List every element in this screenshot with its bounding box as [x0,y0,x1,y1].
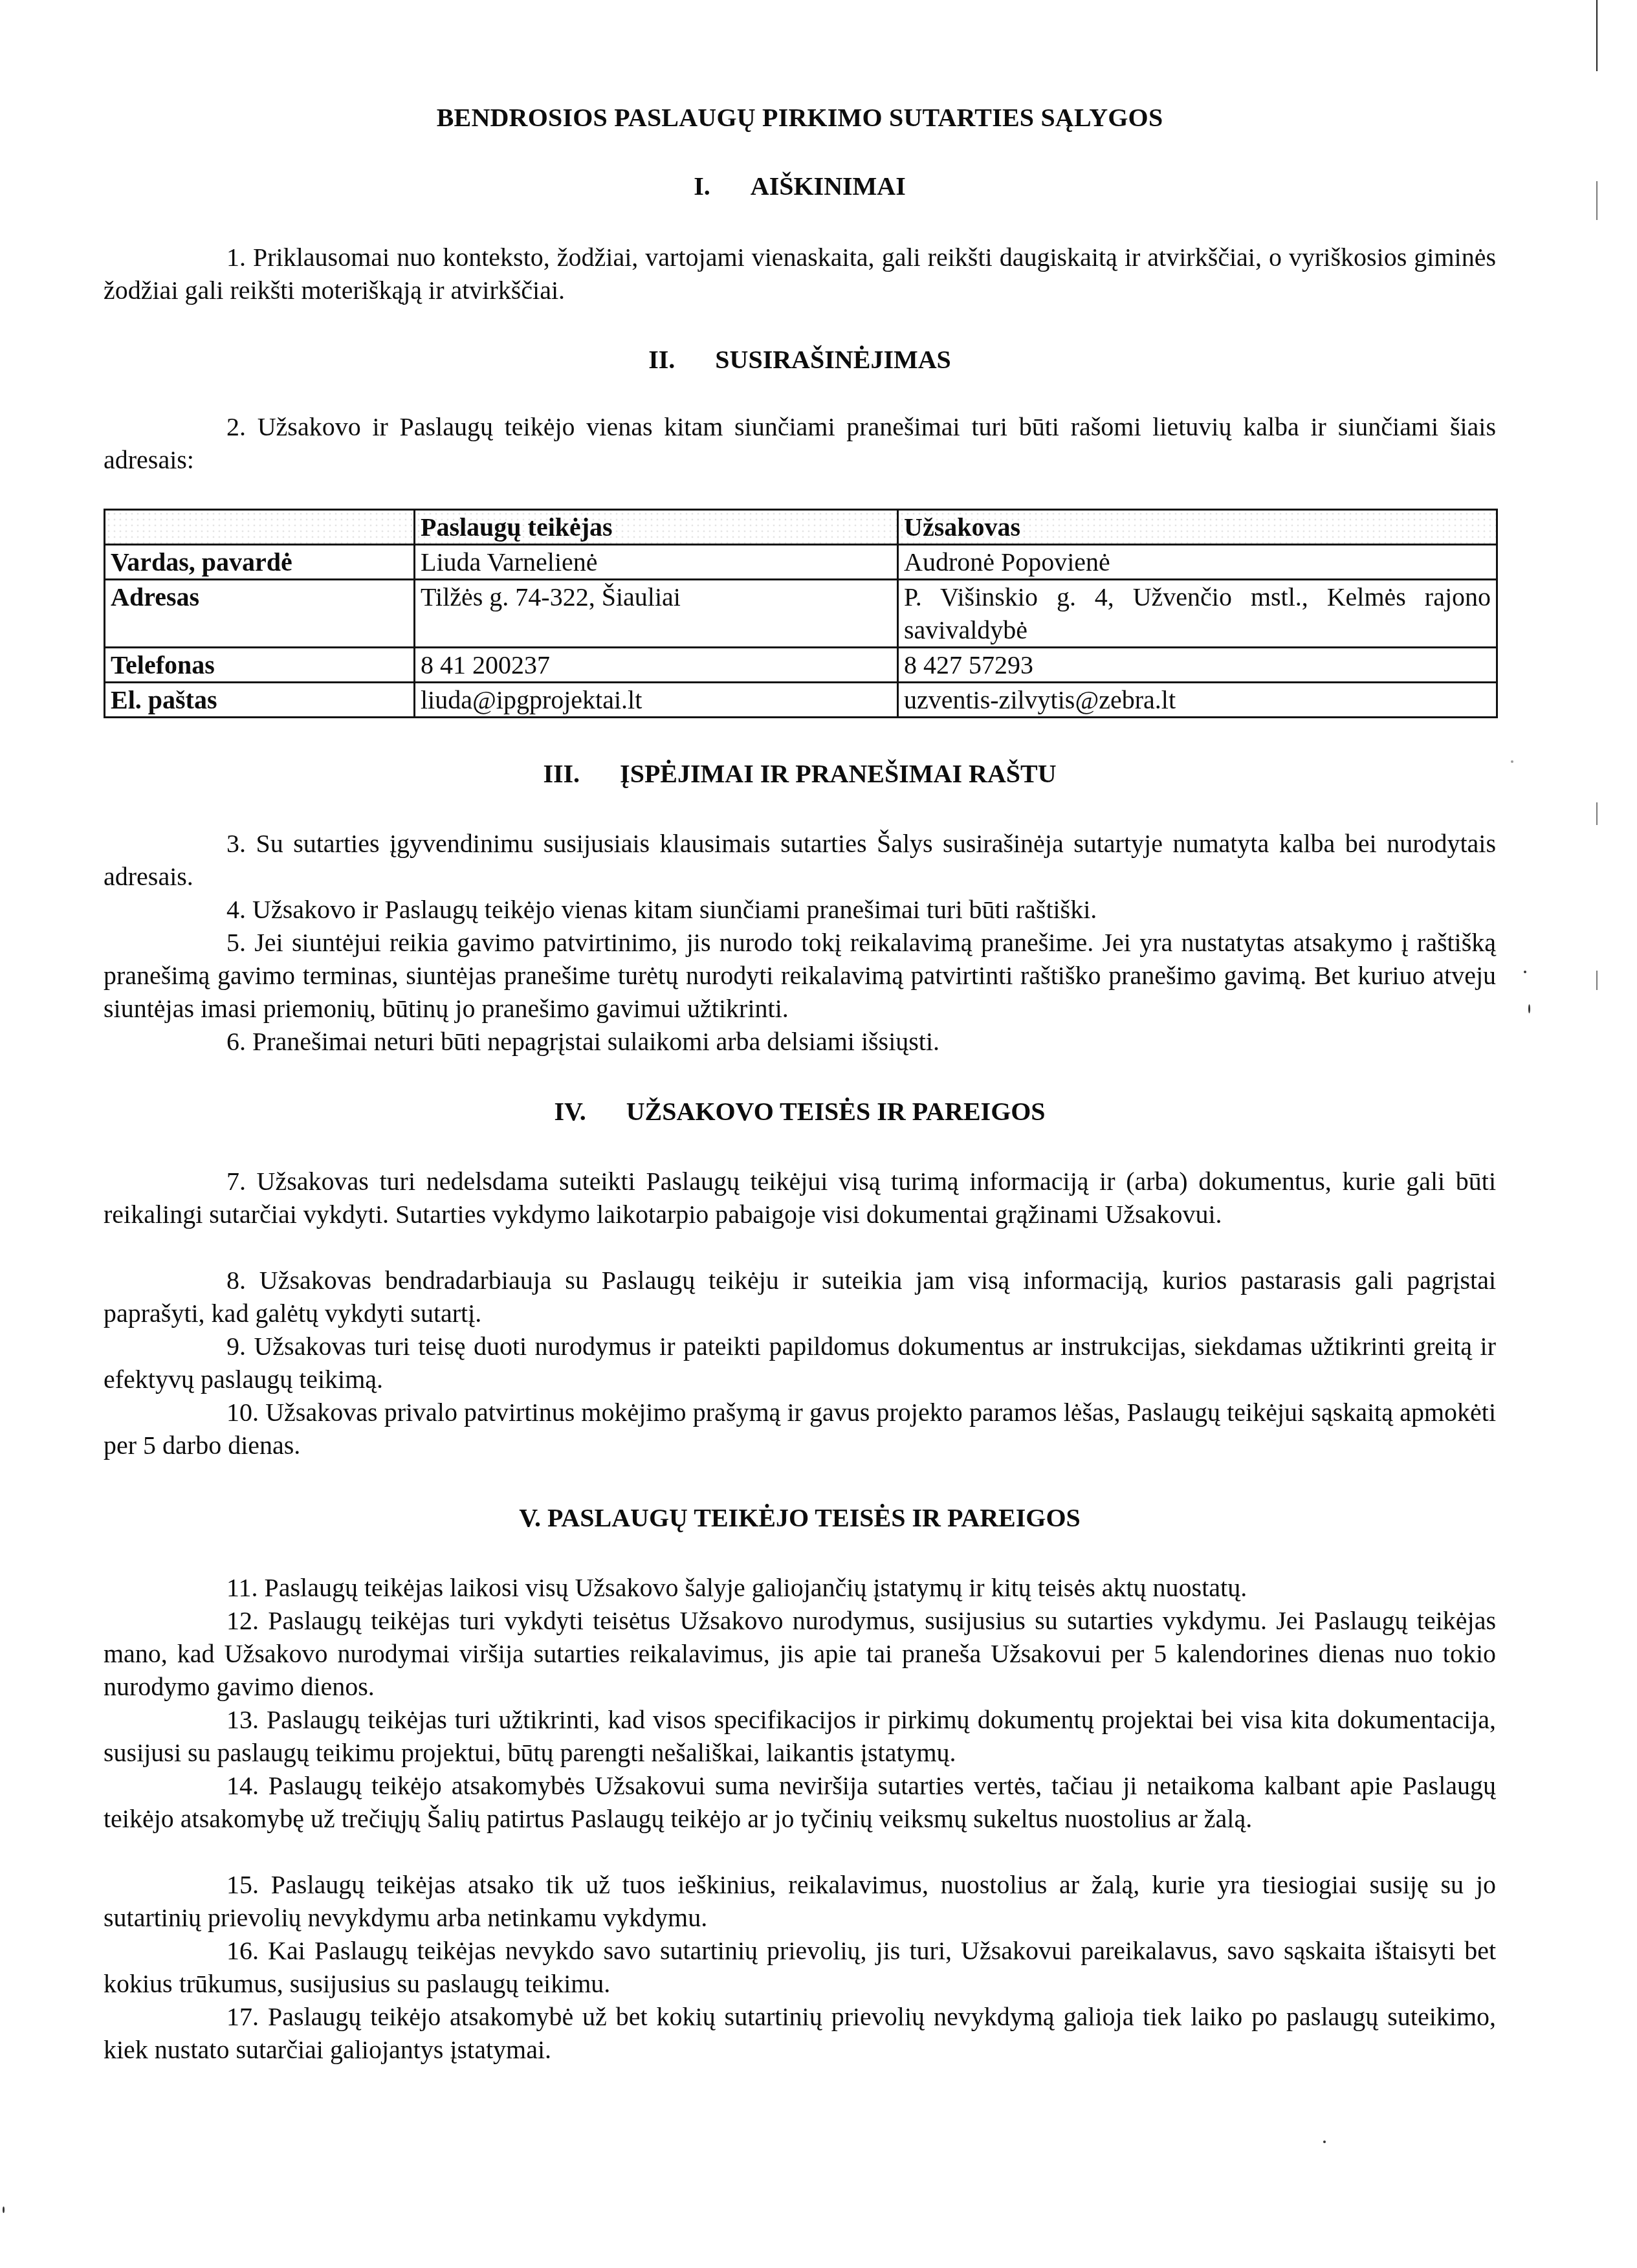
section-heading-3: III.ĮSPĖJIMAI IR PRANEŠIMAI RAŠTU [104,758,1496,789]
paragraph-12: 12. Paslaugų teikėjas turi vykdyti teisė… [104,1604,1496,1703]
document-title: BENDROSIOS PASLAUGŲ PIRKIMO SUTARTIES SĄ… [104,102,1496,133]
section-number: V. [519,1503,541,1532]
section-number: II. [648,344,675,375]
paragraph-7: 7. Užsakovas turi nedelsdama suteikti Pa… [104,1165,1496,1231]
section-title: SUSIRAŠINĖJIMAS [715,345,951,374]
section-title: PASLAUGŲ TEIKĖJO TEISĖS IR PAREIGOS [547,1503,1081,1532]
client-value: Audronė Popovienė [898,545,1497,580]
paragraph-3: 3. Su sutarties įgyvendinimu susijusiais… [104,827,1496,893]
paragraph-5: 5. Jei siuntėjui reikia gavimo patvirtin… [104,926,1496,1025]
section-title: UŽSAKOVO TEISĖS IR PAREIGOS [626,1097,1046,1126]
scan-speck [1524,971,1526,973]
paragraph-11: 11. Paslaugų teikėjas laikosi visų Užsak… [104,1571,1496,1604]
paragraph-1: 1. Priklausomai nuo konteksto, žodžiai, … [104,241,1496,307]
table-header-cell: Paslaugų teikėjas [415,510,898,545]
contacts-table: Paslaugų teikėjas Užsakovas Vardas, pava… [104,509,1498,718]
row-label: Vardas, pavardė [105,545,415,580]
paragraph-13: 13. Paslaugų teikėjas turi užtikrinti, k… [104,1703,1496,1769]
scan-edge-mark [1596,181,1598,220]
section-heading-2: II.SUSIRAŠINĖJIMAS [104,344,1496,375]
section-title: ĮSPĖJIMAI IR PRANEŠIMAI RAŠTU [620,759,1057,788]
table-row: El. paštas liuda@ipgprojektai.lt uzventi… [105,683,1497,718]
scan-speck [1511,760,1513,763]
section-heading-1: I.AIŠKINIMAI [104,171,1496,201]
table-header-cell: Užsakovas [898,510,1497,545]
client-value: P. Višinskio g. 4, Užvenčio mstl., Kelmė… [898,580,1497,648]
provider-email-link: liuda@ipgprojektai.lt [415,683,898,718]
row-label: El. paštas [105,683,415,718]
scan-speck [1528,1004,1530,1013]
scan-speck [3,2207,5,2213]
row-label: Adresas [105,580,415,648]
paragraph-4: 4. Užsakovo ir Paslaugų teikėjo vienas k… [104,893,1496,926]
paragraph-2: 2. Užsakovo ir Paslaugų teikėjo vienas k… [104,410,1496,476]
section-number: III. [543,758,580,789]
table-row: Adresas Tilžės g. 74-322, Šiauliai P. Vi… [105,580,1497,648]
section-heading-4: IV.UŽSAKOVO TEISĖS IR PAREIGOS [104,1096,1496,1127]
client-email-link: uzventis-zilvytis@zebra.lt [898,683,1497,718]
client-value: 8 427 57293 [898,648,1497,683]
section-heading-5: V. PASLAUGŲ TEIKĖJO TEISĖS IR PAREIGOS [104,1503,1496,1533]
row-label: Telefonas [105,648,415,683]
section-title: AIŠKINIMAI [751,171,906,201]
section-number: I. [694,171,710,201]
section-number: IV. [554,1096,586,1127]
paragraph-17: 17. Paslaugų teikėjo atsakomybė už bet k… [104,2000,1496,2066]
provider-value: 8 41 200237 [415,648,898,683]
paragraph-8: 8. Užsakovas bendradarbiauja su Paslaugų… [104,1264,1496,1330]
scan-edge-mark [1596,971,1598,990]
paragraph-15: 15. Paslaugų teikėjas atsako tik už tuos… [104,1868,1496,1934]
paragraph-14: 14. Paslaugų teikėjo atsakomybės Užsakov… [104,1769,1496,1835]
paragraph-9: 9. Užsakovas turi teisę duoti nurodymus … [104,1330,1496,1396]
table-header-row: Paslaugų teikėjas Užsakovas [105,510,1497,545]
table-row: Vardas, pavardė Liuda Varnelienė Audronė… [105,545,1497,580]
provider-value: Tilžės g. 74-322, Šiauliai [415,580,898,648]
paragraph-16: 16. Kai Paslaugų teikėjas nevykdo savo s… [104,1934,1496,2000]
provider-value: Liuda Varnelienė [415,545,898,580]
paragraph-10: 10. Užsakovas privalo patvirtinus mokėji… [104,1396,1496,1462]
paragraph-6: 6. Pranešimai neturi būti nepagrįstai su… [104,1025,1496,1058]
scan-edge-mark [1596,0,1598,71]
scan-speck [1323,2141,1326,2143]
table-header-cell [105,510,415,545]
scan-edge-mark [1596,802,1598,825]
table-row: Telefonas 8 41 200237 8 427 57293 [105,648,1497,683]
